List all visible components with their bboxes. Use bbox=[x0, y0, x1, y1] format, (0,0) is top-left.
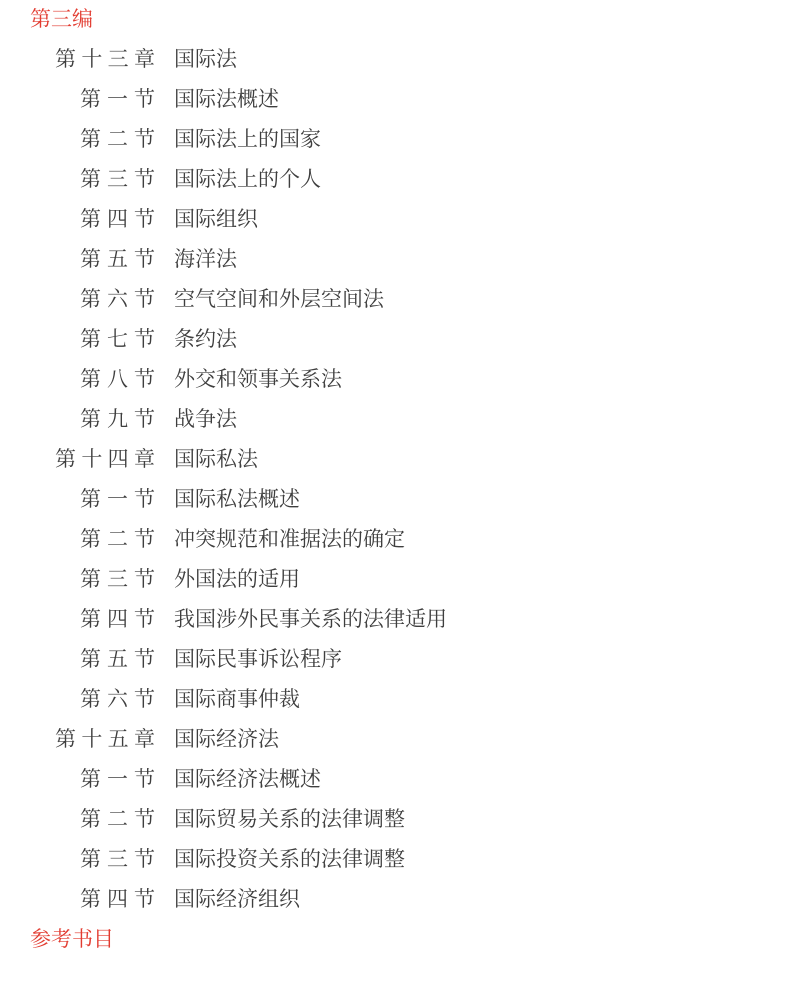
toc-entry-section[interactable]: 第二节国际贸易关系的法律调整 bbox=[0, 800, 790, 840]
toc-entry-section[interactable]: 第六节国际商事仲裁 bbox=[0, 680, 790, 720]
toc-entry-section[interactable]: 第六节空气空间和外层空间法 bbox=[0, 280, 790, 320]
toc-entry-section[interactable]: 第二节国际法上的国家 bbox=[0, 120, 790, 160]
toc-entry-title: 冲突规范和准据法的确定 bbox=[174, 520, 405, 560]
toc-entry-section[interactable]: 第三节外国法的适用 bbox=[0, 560, 790, 600]
toc-entry-section[interactable]: 第二节冲突规范和准据法的确定 bbox=[0, 520, 790, 560]
toc-entry-label: 第十三章 bbox=[55, 40, 155, 80]
toc-entry-title: 国际法概述 bbox=[174, 80, 279, 120]
toc-entry-label: 第十四章 bbox=[55, 440, 155, 480]
toc-entry-title: 海洋法 bbox=[174, 240, 237, 280]
toc-entry-label: 第七节 bbox=[80, 320, 155, 360]
toc-entry-section[interactable]: 第三节国际法上的个人 bbox=[0, 160, 790, 200]
toc-entry-title: 外交和领事关系法 bbox=[174, 360, 342, 400]
toc-entry-label: 第二节 bbox=[80, 120, 155, 160]
toc-entry-label: 第一节 bbox=[80, 480, 155, 520]
toc-entry-label: 第六节 bbox=[80, 680, 155, 720]
toc-entry-title: 我国涉外民事关系的法律适用 bbox=[174, 600, 447, 640]
toc-entry-title: 空气空间和外层空间法 bbox=[174, 280, 384, 320]
toc-entry-section[interactable]: 第一节国际经济法概述 bbox=[0, 760, 790, 800]
toc-entry-title: 外国法的适用 bbox=[174, 560, 300, 600]
toc-entry-section[interactable]: 第四节国际组织 bbox=[0, 200, 790, 240]
toc-entry-title: 条约法 bbox=[174, 320, 237, 360]
toc-entry-chapter[interactable]: 第十四章国际私法 bbox=[0, 440, 790, 480]
toc-entry-title: 国际法上的个人 bbox=[174, 160, 321, 200]
toc-entry-title: 国际私法概述 bbox=[174, 480, 300, 520]
toc-entry-section[interactable]: 第四节国际经济组织 bbox=[0, 880, 790, 920]
toc-entry-label: 第一节 bbox=[80, 760, 155, 800]
toc-entry-label: 第三节 bbox=[80, 840, 155, 880]
toc-entry-part[interactable]: 第三编 bbox=[0, 0, 790, 40]
toc-entry-title: 国际投资关系的法律调整 bbox=[174, 840, 405, 880]
toc-entry-title: 国际贸易关系的法律调整 bbox=[174, 800, 405, 840]
toc-entry-label: 第四节 bbox=[80, 880, 155, 920]
toc-entry-label: 第二节 bbox=[80, 520, 155, 560]
toc-entry-section[interactable]: 第九节战争法 bbox=[0, 400, 790, 440]
toc-entry-chapter[interactable]: 第十五章国际经济法 bbox=[0, 720, 790, 760]
toc-entry-title: 国际民事诉讼程序 bbox=[174, 640, 342, 680]
toc-entry-chapter[interactable]: 第十三章国际法 bbox=[0, 40, 790, 80]
toc-entry-label: 第三节 bbox=[80, 560, 155, 600]
toc-entry-label: 参考书目 bbox=[30, 920, 114, 960]
toc-entry-title: 国际经济法 bbox=[174, 720, 279, 760]
toc-entry-title: 国际经济组织 bbox=[174, 880, 300, 920]
toc-entry-label: 第三节 bbox=[80, 160, 155, 200]
toc-entry-label: 第十五章 bbox=[55, 720, 155, 760]
toc-entry-title: 国际商事仲裁 bbox=[174, 680, 300, 720]
toc-entry-section[interactable]: 第四节我国涉外民事关系的法律适用 bbox=[0, 600, 790, 640]
toc-entry-title: 国际法上的国家 bbox=[174, 120, 321, 160]
toc-entry-title: 国际组织 bbox=[174, 200, 258, 240]
toc-entry-label: 第三编 bbox=[30, 0, 93, 40]
toc-entry-section[interactable]: 第八节外交和领事关系法 bbox=[0, 360, 790, 400]
toc-entry-label: 第八节 bbox=[80, 360, 155, 400]
toc-entry-section[interactable]: 第一节国际法概述 bbox=[0, 80, 790, 120]
toc-entry-label: 第四节 bbox=[80, 600, 155, 640]
toc-entry-title: 国际法 bbox=[174, 40, 237, 80]
toc-entry-title: 国际经济法概述 bbox=[174, 760, 321, 800]
toc-entry-label: 第九节 bbox=[80, 400, 155, 440]
table-of-contents: 第三编第十三章国际法第一节国际法概述第二节国际法上的国家第三节国际法上的个人第四… bbox=[0, 0, 790, 960]
toc-entry-section[interactable]: 第五节国际民事诉讼程序 bbox=[0, 640, 790, 680]
toc-entry-label: 第五节 bbox=[80, 640, 155, 680]
toc-entry-label: 第二节 bbox=[80, 800, 155, 840]
toc-entry-section[interactable]: 第一节国际私法概述 bbox=[0, 480, 790, 520]
toc-entry-title: 战争法 bbox=[174, 400, 237, 440]
toc-entry-label: 第四节 bbox=[80, 200, 155, 240]
toc-entry-part[interactable]: 参考书目 bbox=[0, 920, 790, 960]
toc-entry-section[interactable]: 第七节条约法 bbox=[0, 320, 790, 360]
toc-entry-title: 国际私法 bbox=[174, 440, 258, 480]
toc-entry-section[interactable]: 第五节海洋法 bbox=[0, 240, 790, 280]
toc-entry-section[interactable]: 第三节国际投资关系的法律调整 bbox=[0, 840, 790, 880]
toc-entry-label: 第六节 bbox=[80, 280, 155, 320]
toc-entry-label: 第一节 bbox=[80, 80, 155, 120]
toc-entry-label: 第五节 bbox=[80, 240, 155, 280]
